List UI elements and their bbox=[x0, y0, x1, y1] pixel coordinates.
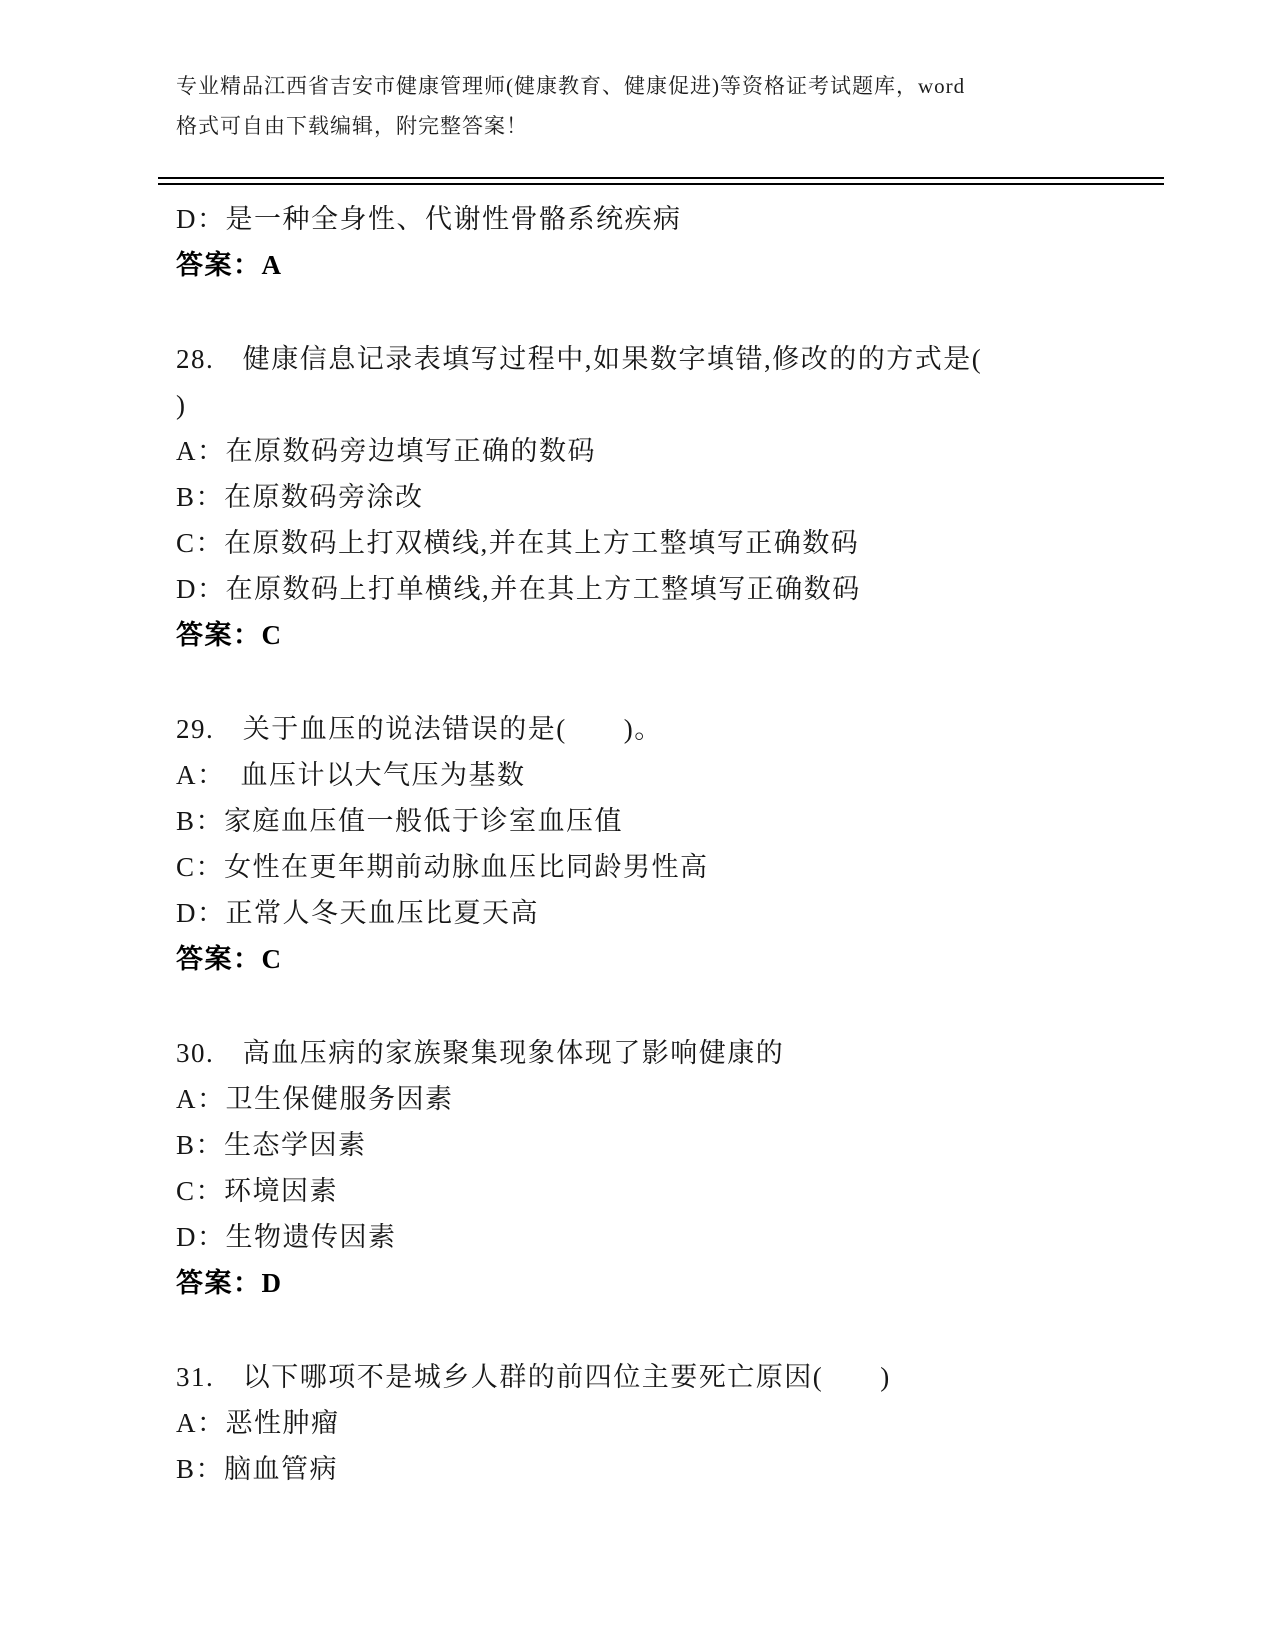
header-divider-double-rule bbox=[158, 177, 1164, 185]
q28-title-line-2: ) bbox=[176, 382, 1136, 428]
q28-option-a: A：在原数码旁边填写正确的数码 bbox=[176, 428, 1136, 474]
page-header: 专业精品江西省吉安市健康管理师(健康教育、健康促进)等资格证考试题库，word … bbox=[176, 66, 1126, 146]
q30-option-d: D：生物遗传因素 bbox=[176, 1214, 1136, 1260]
document-page: 专业精品江西省吉安市健康管理师(健康教育、健康促进)等资格证考试题库，word … bbox=[0, 0, 1275, 1650]
q28-title-line-1: 28. 健康信息记录表填写过程中,如果数字填错,修改的的方式是( bbox=[176, 336, 1136, 382]
q30-option-c: C：环境因素 bbox=[176, 1168, 1136, 1214]
document-body: D：是一种全身性、代谢性骨骼系统疾病 答案：A 28. 健康信息记录表填写过程中… bbox=[176, 196, 1136, 1492]
q30-option-b: B：生态学因素 bbox=[176, 1122, 1136, 1168]
header-line-2: 格式可自由下载编辑，附完整答案！ bbox=[176, 106, 1126, 146]
q29-option-b: B：家庭血压值一般低于诊室血压值 bbox=[176, 798, 1136, 844]
q29-title: 29. 关于血压的说法错误的是( )。 bbox=[176, 706, 1136, 752]
q28-answer: 答案：C bbox=[176, 612, 1136, 658]
q27-answer: 答案：A bbox=[176, 242, 1136, 288]
q30-title: 30. 高血压病的家族聚集现象体现了影响健康的 bbox=[176, 1030, 1136, 1076]
q29-option-c: C：女性在更年期前动脉血压比同龄男性高 bbox=[176, 844, 1136, 890]
q30-option-a: A：卫生保健服务因素 bbox=[176, 1076, 1136, 1122]
q31-option-b: B：脑血管病 bbox=[176, 1446, 1136, 1492]
q29-answer: 答案：C bbox=[176, 936, 1136, 982]
q29-option-d: D：正常人冬天血压比夏天高 bbox=[176, 890, 1136, 936]
q31-option-a: A：恶性肿瘤 bbox=[176, 1400, 1136, 1446]
header-line-1: 专业精品江西省吉安市健康管理师(健康教育、健康促进)等资格证考试题库，word bbox=[176, 66, 1126, 106]
q28-option-b: B：在原数码旁涂改 bbox=[176, 474, 1136, 520]
q28-option-d: D：在原数码上打单横线,并在其上方工整填写正确数码 bbox=[176, 566, 1136, 612]
q31-title: 31. 以下哪项不是城乡人群的前四位主要死亡原因( ) bbox=[176, 1354, 1136, 1400]
q27-option-d: D：是一种全身性、代谢性骨骼系统疾病 bbox=[176, 196, 1136, 242]
q29-option-a: A： 血压计以大气压为基数 bbox=[176, 752, 1136, 798]
q30-answer: 答案：D bbox=[176, 1260, 1136, 1306]
q28-option-c: C：在原数码上打双横线,并在其上方工整填写正确数码 bbox=[176, 520, 1136, 566]
